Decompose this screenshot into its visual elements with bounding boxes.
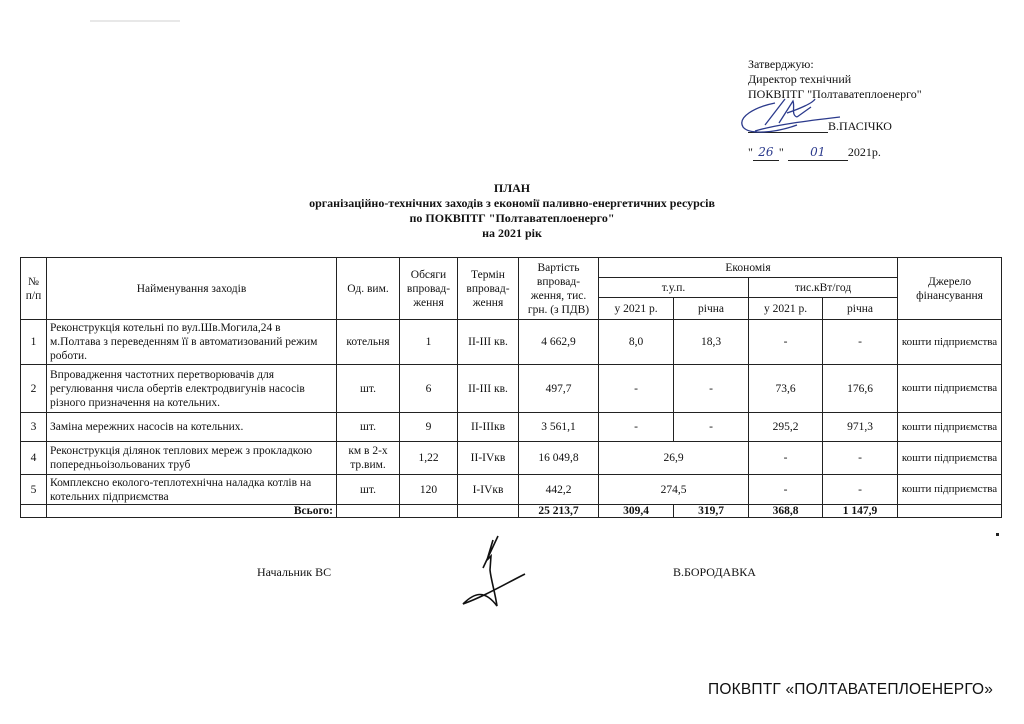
cell-term: І-ІVкв <box>458 475 519 505</box>
cell-kwh-annual: - <box>823 442 898 475</box>
cell-kwh-2021: - <box>749 442 823 475</box>
cell-tup-2021: 8,0 <box>599 320 674 365</box>
director-signature-icon <box>735 95 845 140</box>
quote: " <box>779 145 784 160</box>
total-tup-2021: 309,4 <box>599 505 674 518</box>
cell-term: ІІ-ІІІ кв. <box>458 365 519 413</box>
cell-unit: шт. <box>337 413 400 442</box>
cell-empty <box>337 505 400 518</box>
brand-watermark: ПОКВПТГ «ПОЛТАВАТЕПЛОЕНЕРГО» <box>708 681 993 699</box>
cell-kwh-annual: 176,6 <box>823 365 898 413</box>
cell-num: 1 <box>21 320 47 365</box>
table-row: 3 Заміна мережних насосів на котельних. … <box>21 413 1002 442</box>
table-row: 2 Впровадження частотних перетворювачів … <box>21 365 1002 413</box>
cell-name: Комплексно еколого-теплотехнічна наладка… <box>47 475 337 505</box>
chief-name: В.БОРОДАВКА <box>673 565 756 580</box>
cell-kwh-2021: - <box>749 475 823 505</box>
cell-volume: 1 <box>400 320 458 365</box>
date-year: 2021р. <box>848 145 881 159</box>
cell-cost: 4 662,9 <box>519 320 599 365</box>
cell-volume: 6 <box>400 365 458 413</box>
cell-volume: 120 <box>400 475 458 505</box>
cell-kwh-2021: 295,2 <box>749 413 823 442</box>
cell-cost: 16 049,8 <box>519 442 599 475</box>
cell-name: Реконструкція ділянок теплових мереж з п… <box>47 442 337 475</box>
cell-empty <box>400 505 458 518</box>
table-row: 4 Реконструкція ділянок теплових мереж з… <box>21 442 1002 475</box>
cell-name: Реконструкція котельні по вул.Шв.Могила,… <box>47 320 337 365</box>
cell-kwh-2021: - <box>749 320 823 365</box>
cell-term: ІІ-ІІІкв <box>458 413 519 442</box>
cell-num: 2 <box>21 365 47 413</box>
total-cost: 25 213,7 <box>519 505 599 518</box>
cell-volume: 1,22 <box>400 442 458 475</box>
header-economy: Економія <box>599 258 898 278</box>
cell-unit: шт. <box>337 475 400 505</box>
total-tup-annual: 319,7 <box>674 505 749 518</box>
document-title: ПЛАН організаційно-технічних заходів з е… <box>0 181 1024 241</box>
scan-artifact <box>90 20 180 22</box>
date-month: 01 <box>788 145 848 161</box>
cell-unit: котельня <box>337 320 400 365</box>
total-kwh-2021: 368,8 <box>749 505 823 518</box>
cell-name: Впровадження частотних перетворювачів дл… <box>47 365 337 413</box>
header-cost: Вартість впровад-ження, тис. грн. (з ПДВ… <box>519 258 599 320</box>
date-day: 26 <box>753 145 779 161</box>
header-unit: Од. вим. <box>337 258 400 320</box>
header-kwh-2021: у 2021 р. <box>749 298 823 320</box>
cell-num: 5 <box>21 475 47 505</box>
total-row: Всього: 25 213,7 309,4 319,7 368,8 1 147… <box>21 505 1002 518</box>
total-kwh-annual: 1 147,9 <box>823 505 898 518</box>
cell-cost: 497,7 <box>519 365 599 413</box>
header-row: № п/п Найменування заходів Од. вим. Обся… <box>21 258 1002 278</box>
cell-name: Заміна мережних насосів на котельних. <box>47 413 337 442</box>
cell-tup-merged: 26,9 <box>599 442 749 475</box>
total-label: Всього: <box>47 505 337 518</box>
approval-position: Директор технічний <box>748 72 922 87</box>
header-kwh: тис.кВт/год <box>749 278 898 298</box>
title-subject: організаційно-технічних заходів з економ… <box>0 196 1024 211</box>
cell-empty <box>458 505 519 518</box>
cell-kwh-2021: 73,6 <box>749 365 823 413</box>
cell-unit: км в 2-х тр.вим. <box>337 442 400 475</box>
title-heading: ПЛАН <box>0 181 1024 196</box>
header-tup: т.у.п. <box>599 278 749 298</box>
cell-cost: 3 561,1 <box>519 413 599 442</box>
cell-tup-annual: 18,3 <box>674 320 749 365</box>
cell-kwh-annual: - <box>823 475 898 505</box>
cell-tup-annual: - <box>674 413 749 442</box>
table-row: 1 Реконструкція котельні по вул.Шв.Могил… <box>21 320 1002 365</box>
cell-empty <box>21 505 47 518</box>
header-volume: Обсяги впровад-ження <box>400 258 458 320</box>
cell-tup-2021: - <box>599 365 674 413</box>
cell-kwh-annual: 971,3 <box>823 413 898 442</box>
cell-tup-2021: - <box>599 413 674 442</box>
header-num: № п/п <box>21 258 47 320</box>
cell-term: ІІ-ІVкв <box>458 442 519 475</box>
measures-table: № п/п Найменування заходів Од. вим. Обся… <box>20 257 1002 518</box>
approval-label: Затверджую: <box>748 57 922 72</box>
cell-unit: шт. <box>337 365 400 413</box>
header-tup-2021: у 2021 р. <box>599 298 674 320</box>
chief-signature-icon <box>455 530 530 610</box>
header-tup-annual: річна <box>674 298 749 320</box>
cell-empty <box>898 505 1002 518</box>
cell-source: кошти підприємства <box>898 475 1002 505</box>
cell-term: ІІ-ІІІ кв. <box>458 320 519 365</box>
cell-cost: 442,2 <box>519 475 599 505</box>
cell-source: кошти підприємства <box>898 442 1002 475</box>
header-kwh-annual: річна <box>823 298 898 320</box>
cell-num: 4 <box>21 442 47 475</box>
header-term: Термін впровад-ження <box>458 258 519 320</box>
cell-tup-merged: 274,5 <box>599 475 749 505</box>
title-year: на 2021 рік <box>0 226 1024 241</box>
cell-volume: 9 <box>400 413 458 442</box>
header-source: Джерело фінансування <box>898 258 1002 320</box>
approval-date: "26"012021р. <box>748 145 881 161</box>
title-organization: по ПОКВПТГ "Полтаватеплоенерго" <box>0 211 1024 226</box>
header-name: Найменування заходів <box>47 258 337 320</box>
chief-position: Начальник ВС <box>257 565 331 580</box>
cell-num: 3 <box>21 413 47 442</box>
table-row: 5 Комплексно еколого-теплотехнічна налад… <box>21 475 1002 505</box>
cell-source: кошти підприємства <box>898 365 1002 413</box>
cell-tup-annual: - <box>674 365 749 413</box>
scan-dot <box>996 533 999 536</box>
cell-source: кошти підприємства <box>898 320 1002 365</box>
cell-source: кошти підприємства <box>898 413 1002 442</box>
cell-kwh-annual: - <box>823 320 898 365</box>
